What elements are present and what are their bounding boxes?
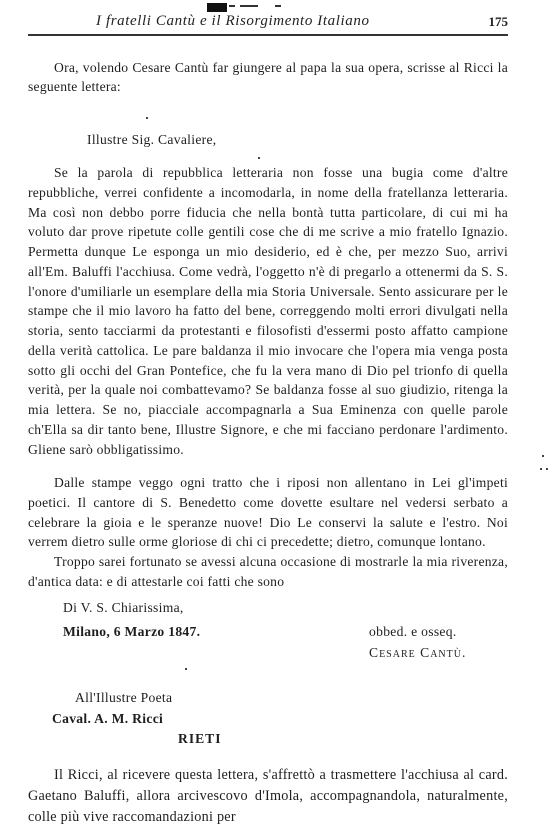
page-number: 175: [489, 14, 509, 30]
letter-paragraph: Dalle stampe veggo ogni tratto che i rip…: [28, 473, 508, 552]
signature: Cesare Cantù.: [369, 643, 466, 662]
header-rule: [28, 34, 508, 36]
scan-speck: [185, 668, 187, 670]
scan-smudge: [207, 3, 227, 12]
address-line-1: All'Illustre Poeta: [75, 688, 172, 707]
scan-smudge: [229, 5, 235, 7]
scan-speck: [542, 455, 544, 457]
scan-speck: [546, 468, 548, 470]
letter-paragraph: Se la parola di repubblica letteraria no…: [28, 163, 508, 459]
address-line-2: Caval. A. M. Ricci: [52, 709, 163, 728]
intro-paragraph: Ora, volendo Cesare Cantù far giungere a…: [28, 58, 508, 96]
place-date: Milano, 6 Marzo 1847.: [63, 622, 200, 641]
continuation-paragraph: Il Ricci, al ricevere questa lettera, s'…: [28, 765, 508, 828]
letter-paragraph: Troppo sarei fortunato se avessi alcuna …: [28, 552, 508, 592]
closing-address: Di V. S. Chiarissima,: [63, 598, 184, 617]
running-title: I fratelli Cantù e il Risorgimento Itali…: [96, 13, 370, 30]
address-city: RIETI: [178, 729, 222, 748]
scan-speck: [146, 117, 148, 119]
scan-speck: [540, 468, 542, 470]
scan-smudge: [240, 5, 258, 7]
running-head: I fratelli Cantù e il Risorgimento Itali…: [30, 12, 508, 32]
closing-formula: obbed. e osseq.: [369, 622, 457, 641]
scan-smudge: [275, 5, 281, 7]
scan-speck: [258, 157, 260, 159]
letter-salutation: Illustre Sig. Cavaliere,: [87, 130, 217, 149]
